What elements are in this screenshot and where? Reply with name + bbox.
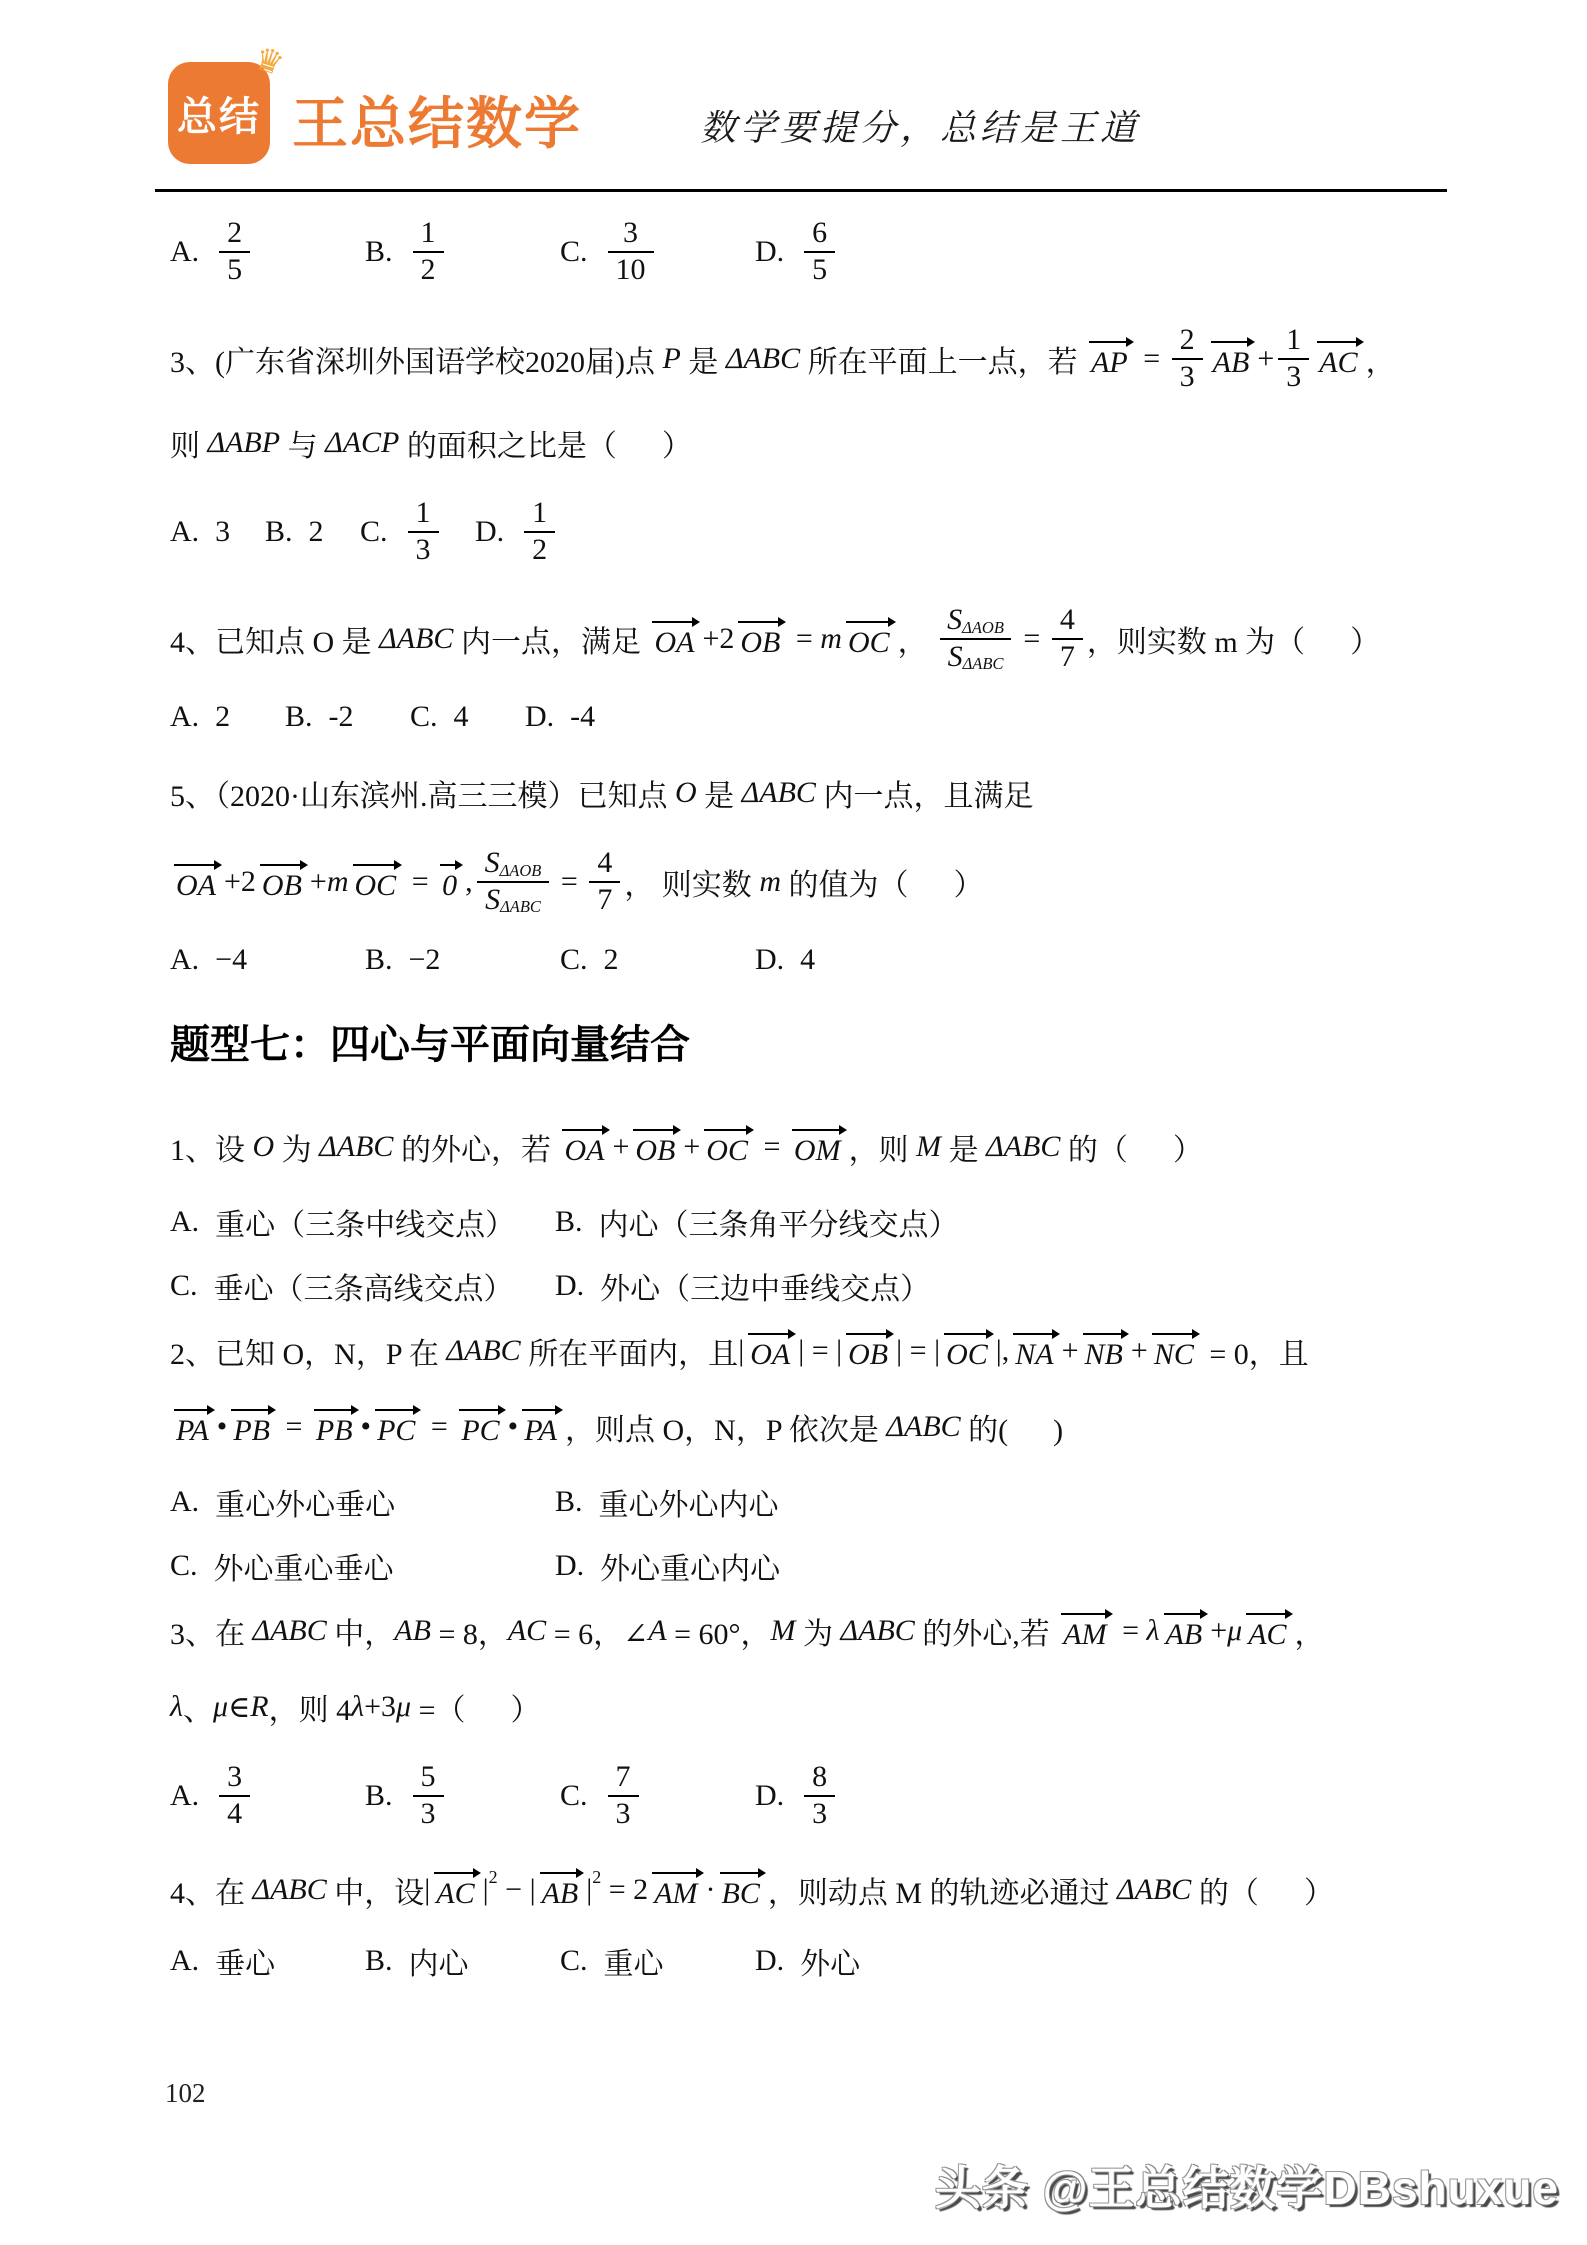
option-label: B. xyxy=(285,700,313,734)
vector-term: AB xyxy=(1211,344,1254,380)
option: B.−2 xyxy=(365,943,560,977)
option-label: D. xyxy=(475,515,504,549)
option-value: 12 xyxy=(409,216,448,287)
option-value: 2 xyxy=(215,700,230,734)
vector-term: AB xyxy=(540,1875,583,1911)
text-run: 4、在 xyxy=(170,1868,253,1912)
text-run: 3 xyxy=(227,1760,242,1795)
vector-term: AM xyxy=(1061,1616,1110,1652)
text-run: 7 xyxy=(1060,640,1075,675)
option: C.4 xyxy=(410,700,525,734)
denominator: SΔABC xyxy=(940,638,1012,675)
text-run: 、 xyxy=(183,1685,213,1729)
text-run: 4 xyxy=(454,700,469,734)
text-run: 则 xyxy=(170,421,208,465)
text-run: 4 xyxy=(597,846,612,881)
option-value: 3 xyxy=(215,515,230,549)
option: A.2 xyxy=(170,700,285,734)
text-run: ， 则实数 xyxy=(624,860,759,904)
options-row: A.2B.-2C.4D.-4 xyxy=(170,700,1557,734)
text-run: 3 xyxy=(421,1797,436,1832)
vector-term: AC xyxy=(1317,344,1361,380)
option: A.重心外心垂心 xyxy=(170,1480,555,1524)
text-run: =（ ） xyxy=(411,1685,540,1729)
vector-term: OB xyxy=(260,867,306,903)
text-run: 2、已知 O，N，P 在 xyxy=(170,1329,446,1373)
option-value: 65 xyxy=(800,216,839,287)
math-variable: ΔABC xyxy=(886,1410,960,1444)
fraction: SΔAOBSΔABC xyxy=(939,603,1012,674)
text-run: 内一点，且满足 xyxy=(816,771,1034,815)
option-label: D. xyxy=(755,1944,784,1978)
text-run: − | xyxy=(498,1873,536,1907)
math-variable: R xyxy=(250,1690,268,1724)
option-value: -4 xyxy=(570,700,595,734)
text-run: 的面积之比是（ ） xyxy=(399,421,692,465)
option-label: D. xyxy=(755,1779,784,1813)
text-run: 的( ) xyxy=(961,1405,1063,1449)
text-run: ， xyxy=(1295,1609,1325,1653)
option-label: B. xyxy=(555,1205,583,1239)
text-run: 所在平面上一点，若 xyxy=(800,337,1085,381)
options-row: C.垂心（三条高线交点）D.外心（三边中垂线交点） xyxy=(170,1264,1557,1308)
numerator: 1 xyxy=(1278,323,1309,358)
text-run: +2 xyxy=(224,865,256,899)
option-label: B. xyxy=(365,943,393,977)
vector-term: AM xyxy=(652,1875,701,1911)
option-value: 垂心（三条高线交点） xyxy=(214,1264,514,1308)
vector-term: OA xyxy=(174,867,220,903)
question-line: 2、已知 O，N，P 在 ΔABC 所在平面内，且|OA| = |OB| = |… xyxy=(170,1328,1557,1374)
vector-term: OC xyxy=(846,624,894,660)
text-run: 5 xyxy=(812,253,827,288)
superscript: 2 xyxy=(592,1867,601,1888)
vector-term: AP xyxy=(1089,344,1132,380)
math-variable: ΔABC xyxy=(726,342,800,376)
option-label: B. xyxy=(365,1779,393,1813)
vector-term: AB xyxy=(1164,1616,1207,1652)
numerator: 4 xyxy=(1052,603,1083,638)
superscript: 2 xyxy=(489,1867,498,1888)
text-run: = xyxy=(278,1410,310,1444)
option-label: C. xyxy=(360,515,388,549)
text-run: + xyxy=(1210,1614,1227,1648)
denominator: 7 xyxy=(589,881,620,918)
text-run: 8 xyxy=(812,1760,827,1795)
text-run: 的外心，若 xyxy=(393,1125,558,1169)
fraction: 47 xyxy=(589,846,620,917)
text-run: + xyxy=(1062,1334,1079,1368)
option-value: 重心外心垂心 xyxy=(215,1480,395,1524)
denominator: 4 xyxy=(219,1795,250,1832)
vector-term: AC xyxy=(1246,1616,1290,1652)
option-label: A. xyxy=(170,515,199,549)
text-run: 外心（三边中垂线交点） xyxy=(600,1264,930,1308)
text-run: 1 xyxy=(532,496,547,531)
option: D.外心重心内心 xyxy=(555,1544,1557,1588)
option-label: C. xyxy=(560,1944,588,1978)
denominator: 3 xyxy=(1278,358,1309,395)
option-value: 4 xyxy=(800,943,815,977)
question-line: λ、μ∈R，则 4λ+3μ =（ ） xyxy=(170,1684,1557,1730)
text-run: 的值为（ ） xyxy=(781,860,984,904)
vector-term: OM xyxy=(792,1132,845,1168)
text-run: 的（ ） xyxy=(1060,1125,1203,1169)
vector-term: NB xyxy=(1083,1336,1127,1372)
text-run: +2 xyxy=(702,622,734,656)
option-value: 重心 xyxy=(604,1939,664,1983)
denominator: 10 xyxy=(608,251,654,288)
text-run: 4 xyxy=(1060,603,1075,638)
text-run: 5 xyxy=(227,253,242,288)
option: A.3 xyxy=(170,515,265,549)
vector-term: OC xyxy=(353,867,401,903)
denominator: 7 xyxy=(1052,638,1083,675)
text-run: 2 xyxy=(227,216,242,251)
option: D.外心 xyxy=(755,1939,1557,1983)
text-run: 内一点，满足 xyxy=(453,617,648,661)
text-run: = xyxy=(788,622,820,656)
option-label: D. xyxy=(555,1269,584,1303)
option: B.内心 xyxy=(365,1939,560,1983)
text-run: = xyxy=(1115,1614,1147,1648)
option-label: C. xyxy=(170,1549,198,1583)
text-run: , xyxy=(465,865,473,899)
text-run: 6 xyxy=(812,216,827,251)
text-run: • xyxy=(361,1410,372,1444)
text-run: |, xyxy=(996,1334,1010,1368)
question-line: 4、在 ΔABC 中，设|AC|2 − |AB|2 = 2AM·BC，则动点 M… xyxy=(170,1867,1557,1913)
math-variable: AC xyxy=(508,1614,546,1648)
text-run: 2 xyxy=(604,943,619,977)
document-body: A.25B.12C.310D.653、(广东省深圳外国语学校2020届)点 P … xyxy=(0,212,1587,2019)
option-label: A. xyxy=(170,235,199,269)
option-label: C. xyxy=(410,700,438,734)
text-run: + xyxy=(1257,342,1274,376)
question-line: 则 ΔABP 与 ΔACP 的面积之比是（ ） xyxy=(170,420,1557,466)
vector-term: PC xyxy=(459,1412,503,1448)
option: A.34 xyxy=(170,1760,365,1831)
numerator: 7 xyxy=(608,1760,639,1795)
numerator: 1 xyxy=(408,496,439,531)
numerator: SΔAOB xyxy=(939,603,1012,638)
option: C.2 xyxy=(560,943,755,977)
option-value: 310 xyxy=(604,216,658,287)
question-line: 5、（2020·山东滨州.高三三模）已知点 O 是 ΔABC 内一点，且满足 xyxy=(170,770,1557,816)
option-value: −2 xyxy=(409,943,441,977)
header-rule xyxy=(155,189,1447,192)
subscript: ΔABC xyxy=(500,898,541,917)
brand-logo-text: 王总结数学 xyxy=(292,80,582,160)
option: D.4 xyxy=(755,943,1557,977)
text-run: 4、已知点 O 是 xyxy=(170,617,379,661)
text-run: 3 xyxy=(812,1797,827,1832)
vector-term: OC xyxy=(944,1336,992,1372)
option: B.内心（三条角平分线交点） xyxy=(555,1200,1557,1244)
option-label: B. xyxy=(365,1944,393,1978)
question-line: 3、(广东省深圳外国语学校2020届)点 P 是 ΔABC 所在平面上一点，若 … xyxy=(170,323,1557,394)
text-run: +3 xyxy=(364,1690,396,1724)
text-run: 3 xyxy=(215,515,230,549)
denominator: 3 xyxy=(1172,358,1203,395)
option-value: 外心 xyxy=(800,1939,860,1983)
text-run: 重心外心垂心 xyxy=(215,1480,395,1524)
text-run: = xyxy=(423,1410,455,1444)
text-run: 2 xyxy=(532,533,547,568)
text-run: ，则动点 M 的轨迹必通过 xyxy=(768,1868,1117,1912)
math-variable: ΔABC xyxy=(841,1614,915,1648)
denominator: 3 xyxy=(413,1795,444,1832)
math-variable: ΔABC xyxy=(319,1130,393,1164)
text-run: • xyxy=(217,1410,228,1444)
question-line: OA+2OB+mOC = 0,SΔAOBSΔABC = 47， 则实数 m 的值… xyxy=(170,846,1557,917)
option-label: A. xyxy=(170,1779,199,1813)
question-line: 3、在 ΔABC 中，AB = 8，AC = 6，∠A = 60°，M 为 ΔA… xyxy=(170,1608,1557,1654)
text-run: 1 xyxy=(421,216,436,251)
vector-term: 0 xyxy=(440,867,461,903)
vector-term: AC xyxy=(434,1875,478,1911)
option: B.53 xyxy=(365,1760,560,1831)
option-value: 2 xyxy=(309,515,324,549)
math-variable: m xyxy=(759,865,781,899)
math-variable: P xyxy=(662,342,680,376)
fraction: 53 xyxy=(413,1760,444,1831)
text-run: 2 xyxy=(1180,323,1195,358)
option: C.外心重心垂心 xyxy=(170,1544,555,1588)
option-value: 重心外心内心 xyxy=(599,1480,779,1524)
denominator: 2 xyxy=(413,251,444,288)
numerator: 2 xyxy=(219,216,250,251)
options-row: A.34B.53C.73D.83 xyxy=(170,1760,1557,1831)
options-row: A.3B.2C.13D.12 xyxy=(170,496,1557,567)
math-variable: S xyxy=(947,603,962,638)
vector-term: NC xyxy=(1152,1336,1198,1372)
option-label: C. xyxy=(560,235,588,269)
math-variable: μ xyxy=(396,1690,411,1724)
option: A.25 xyxy=(170,216,365,287)
text-run: 3、(广东省深圳外国语学校2020届)点 xyxy=(170,337,662,381)
math-variable: ΔABC xyxy=(253,1873,327,1907)
subscript: ΔAOB xyxy=(500,862,542,881)
option-label: C. xyxy=(560,1779,588,1813)
math-variable: ΔABC xyxy=(253,1614,327,1648)
option: A.−4 xyxy=(170,943,365,977)
option-label: A. xyxy=(170,1944,199,1978)
fraction: 13 xyxy=(1278,323,1309,394)
option: C.13 xyxy=(360,496,475,567)
option-value: 垂心 xyxy=(215,1939,275,1983)
option: D.外心（三边中垂线交点） xyxy=(555,1264,1557,1308)
option: D.65 xyxy=(755,216,1557,287)
question-line: 4、已知点 O 是 ΔABC 内一点，满足 OA+2OB = mOC， SΔAO… xyxy=(170,603,1557,674)
option-value: 4 xyxy=(454,700,469,734)
text-run: 3 xyxy=(623,216,638,251)
fraction: 83 xyxy=(804,1760,835,1831)
text-run: 重心（三条中线交点） xyxy=(215,1200,515,1244)
option-value: 13 xyxy=(404,496,443,567)
denominator: 3 xyxy=(408,531,439,568)
header-slogan: 数学要提分，总结是王道 xyxy=(700,100,1140,151)
vector-term: OA xyxy=(652,624,698,660)
denominator: SΔABC xyxy=(477,881,549,918)
text-run: | = | xyxy=(798,1334,842,1368)
text-run: = 6，∠ xyxy=(546,1609,648,1653)
text-run: = xyxy=(1016,622,1048,656)
text-run: -2 xyxy=(329,700,354,734)
math-variable: M xyxy=(771,1614,796,1648)
numerator: SΔAOB xyxy=(477,846,550,881)
worksheet-page: 总结 ♛ 王总结数学 数学要提分，总结是王道 A.25B.12C.310D.65… xyxy=(0,0,1587,2245)
text-run: 为 xyxy=(274,1125,319,1169)
text-run: = xyxy=(404,865,436,899)
text-run: | xyxy=(738,1334,744,1368)
option-label: A. xyxy=(170,1205,199,1239)
text-run: ，则实数 m 为（ ） xyxy=(1087,617,1380,661)
math-variable: S xyxy=(485,883,500,918)
option: A.垂心 xyxy=(170,1939,365,1983)
vector-term: PC xyxy=(375,1412,419,1448)
option: D.83 xyxy=(755,1760,1557,1831)
vector-term: OB xyxy=(738,624,784,660)
math-variable: ΔABC xyxy=(1117,1873,1191,1907)
option-value: 2 xyxy=(604,943,619,977)
text-run: −2 xyxy=(409,943,441,977)
option-label: C. xyxy=(560,943,588,977)
text-run: 所在平面内，且 xyxy=(521,1329,739,1373)
text-run: 1 xyxy=(1286,323,1301,358)
text-run: 内心（三条角平分线交点） xyxy=(599,1200,959,1244)
option-value: 83 xyxy=(800,1760,839,1831)
option-label: D. xyxy=(755,943,784,977)
text-run: • xyxy=(508,1410,519,1444)
vector-term: OB xyxy=(633,1132,679,1168)
option-label: B. xyxy=(265,515,293,549)
text-run: 1 xyxy=(416,496,431,531)
option-value: 53 xyxy=(409,1760,448,1831)
fraction: 34 xyxy=(219,1760,250,1831)
text-run: 重心 xyxy=(604,1939,664,1983)
math-variable: A xyxy=(648,1614,666,1648)
options-row: A.−4B.−2C.2D.4 xyxy=(170,943,1557,977)
math-variable: S xyxy=(485,846,500,881)
text-run: 与 xyxy=(280,421,325,465)
option-value: 外心重心垂心 xyxy=(214,1544,394,1588)
text-run: + xyxy=(612,1130,629,1164)
text-run: 2 xyxy=(215,700,230,734)
numerator: 5 xyxy=(413,1760,444,1795)
option-label: A. xyxy=(170,700,199,734)
text-run: 外心重心垂心 xyxy=(214,1544,394,1588)
denominator: 5 xyxy=(219,251,250,288)
text-run: 垂心（三条高线交点） xyxy=(214,1264,514,1308)
text-run: + xyxy=(683,1130,700,1164)
options-row: A.重心（三条中线交点）B.内心（三条角平分线交点） xyxy=(170,1200,1557,1244)
math-variable: ΔABC xyxy=(446,1334,520,1368)
brand-logo-badge: 总结 ♛ xyxy=(168,62,270,164)
vector-term: OB xyxy=(846,1336,892,1372)
text-run: 中， xyxy=(327,1609,395,1653)
question-line: PA•PB = PB•PC = PC•PA，则点 O，N，P 依次是 ΔABC … xyxy=(170,1404,1557,1450)
option-label: D. xyxy=(525,700,554,734)
fraction: 23 xyxy=(1172,323,1203,394)
option-value: 外心（三边中垂线交点） xyxy=(600,1264,930,1308)
text-run: ∈ xyxy=(228,1690,250,1725)
math-variable: λ xyxy=(351,1690,364,1724)
text-run: 4 xyxy=(227,1797,242,1832)
page-number: 102 xyxy=(165,2078,206,2109)
math-variable: μ xyxy=(1227,1614,1242,1648)
crown-icon: ♛ xyxy=(250,38,289,83)
text-run: + xyxy=(310,865,327,899)
numerator: 1 xyxy=(413,216,444,251)
option-value: 内心 xyxy=(409,1939,469,1983)
text-run: | = | xyxy=(896,1334,940,1368)
denominator: 2 xyxy=(524,531,555,568)
text-run: 外心重心内心 xyxy=(600,1544,780,1588)
text-run: 垂心 xyxy=(215,1939,275,1983)
option-value: 内心（三条角平分线交点） xyxy=(599,1200,959,1244)
option: B.重心外心内心 xyxy=(555,1480,1557,1524)
text-run: = 0，且 xyxy=(1202,1329,1309,1373)
text-run: = xyxy=(1136,342,1168,376)
option-label: D. xyxy=(755,235,784,269)
text-run: ， xyxy=(898,617,936,661)
text-run: = 8， xyxy=(431,1609,508,1653)
vector-term: BC xyxy=(720,1875,764,1911)
math-variable: λ xyxy=(170,1690,183,1724)
math-variable: M xyxy=(916,1130,941,1164)
text-run: 7 xyxy=(597,883,612,918)
vector-term: OA xyxy=(748,1336,794,1372)
numerator: 4 xyxy=(589,846,620,881)
option-label: D. xyxy=(555,1549,584,1583)
option-value: 73 xyxy=(604,1760,643,1831)
text-run: 3、在 xyxy=(170,1609,253,1653)
option-label: C. xyxy=(170,1269,198,1303)
vector-term: PB xyxy=(231,1412,274,1448)
text-run: = 2 xyxy=(601,1873,648,1907)
options-row: A.25B.12C.310D.65 xyxy=(170,216,1557,287)
option-label: A. xyxy=(170,943,199,977)
text-run: 中，设 xyxy=(327,1868,425,1912)
option-value: 25 xyxy=(215,216,254,287)
options-row: C.外心重心垂心D.外心重心内心 xyxy=(170,1544,1557,1588)
text-run: = xyxy=(756,1130,788,1164)
text-run: ，则点 O，N，P 依次是 xyxy=(565,1405,886,1449)
fraction: 310 xyxy=(608,216,654,287)
option-label: B. xyxy=(365,235,393,269)
math-variable: ΔABC xyxy=(742,776,816,810)
option-value: 重心（三条中线交点） xyxy=(215,1200,515,1244)
text-run: 5、（2020·山东滨州.高三三模）已知点 xyxy=(170,771,675,815)
text-run: 是 xyxy=(697,771,742,815)
text-run: 内心 xyxy=(409,1939,469,1983)
math-variable: O xyxy=(675,776,697,810)
section-heading: 题型七：四心与平面向量结合 xyxy=(170,1013,1557,1070)
option-value: -2 xyxy=(329,700,354,734)
option: D.12 xyxy=(475,496,1557,567)
text-run: 的外心,若 xyxy=(915,1609,1058,1653)
text-run: 的（ ） xyxy=(1191,1868,1334,1912)
math-variable: m xyxy=(327,865,349,899)
option: C.310 xyxy=(560,216,755,287)
numerator: 1 xyxy=(524,496,555,531)
vector-term: OA xyxy=(562,1132,608,1168)
numerator: 2 xyxy=(1172,323,1203,358)
math-variable: λ xyxy=(1147,1614,1160,1648)
text-run: 3 xyxy=(1180,360,1195,395)
denominator: 5 xyxy=(804,251,835,288)
